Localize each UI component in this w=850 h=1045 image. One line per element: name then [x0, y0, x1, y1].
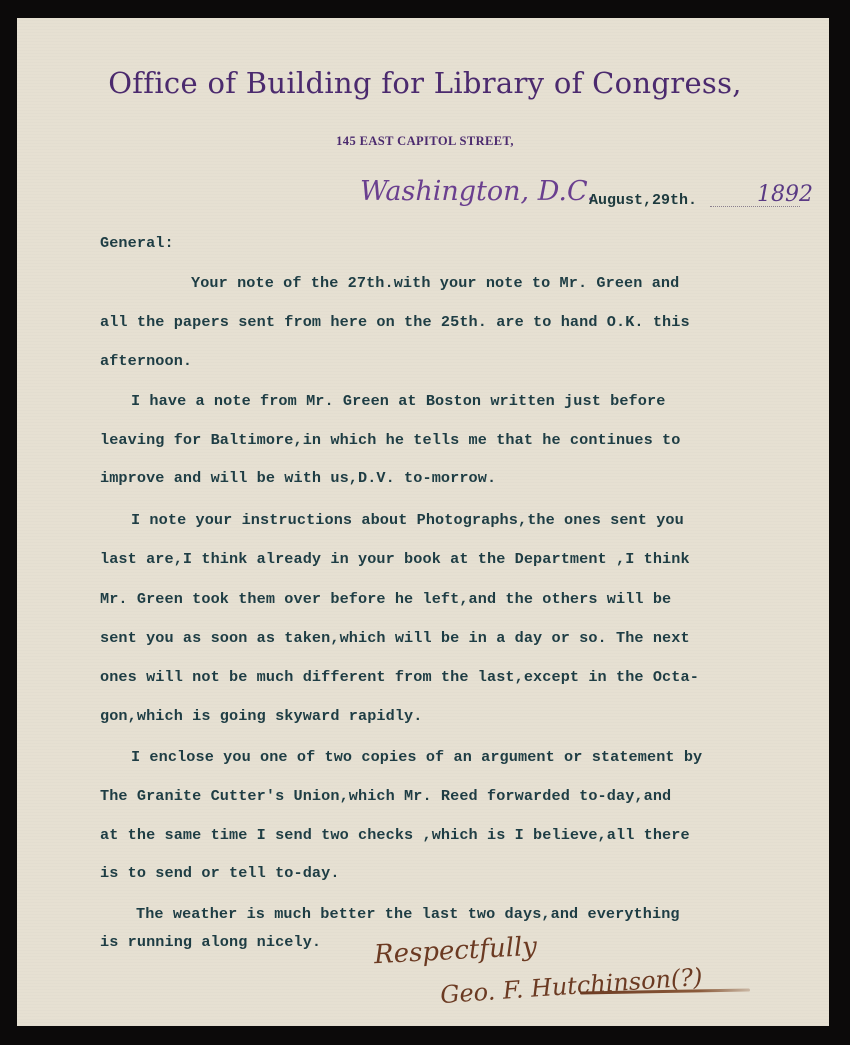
- dateline-year: 1892: [757, 182, 813, 207]
- body-line: last are,I think already in your book at…: [100, 550, 690, 568]
- body-line: all the papers sent from here on the 25t…: [100, 313, 690, 331]
- body-line: Your note of the 27th.with your note to …: [191, 274, 679, 292]
- letterhead-address: 145 EAST CAPITOL STREET,: [100, 134, 750, 149]
- body-line: is running along nicely.: [100, 933, 321, 951]
- salutation: General:: [100, 234, 174, 252]
- body-line: ones will not be much different from the…: [100, 668, 699, 686]
- body-line: I note your instructions about Photograp…: [131, 511, 684, 529]
- letterhead-title: Office of Building for Library of Congre…: [100, 66, 750, 100]
- body-line: I have a note from Mr. Green at Boston w…: [131, 392, 665, 410]
- dateline: Washington, D.C. August,29th. 1892: [360, 176, 810, 216]
- dateline-city: Washington, D.C.: [360, 176, 595, 207]
- body-line: is to send or tell to-day.: [100, 864, 340, 882]
- body-line: The weather is much better the last two …: [136, 905, 680, 923]
- body-line: at the same time I send two checks ,whic…: [100, 826, 690, 844]
- body-line: Mr. Green took them over before he left,…: [100, 590, 671, 608]
- body-line: sent you as soon as taken,which will be …: [100, 629, 690, 647]
- dateline-date: August,29th.: [589, 192, 697, 209]
- body-line: I enclose you one of two copies of an ar…: [131, 748, 702, 766]
- body-line: afternoon.: [100, 352, 192, 370]
- body-line: gon,which is going skyward rapidly.: [100, 707, 423, 725]
- body-line: leaving for Baltimore,in which he tells …: [100, 431, 680, 449]
- body-line: The Granite Cutter's Union,which Mr. Ree…: [100, 787, 671, 805]
- body-line: improve and will be with us,D.V. to-morr…: [100, 469, 496, 487]
